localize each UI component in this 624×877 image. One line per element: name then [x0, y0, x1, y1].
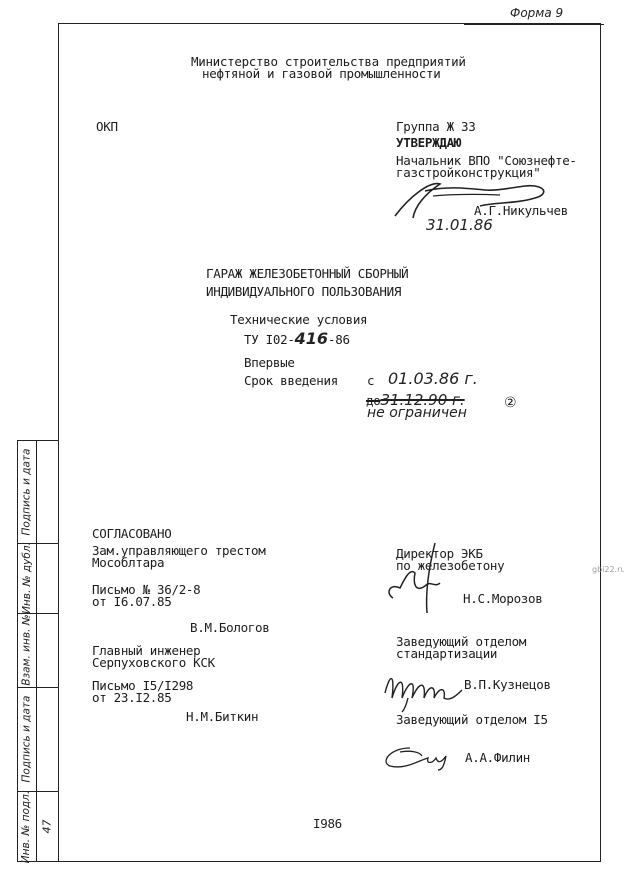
watermark: gbi22.ru — [592, 565, 624, 574]
sig-2-name: В.П.Кузнецов — [464, 679, 551, 691]
form-label: Форма 9 — [510, 6, 563, 20]
stamp-label-replace-inv: Взам. инв. № — [17, 613, 36, 687]
sig-3-name: А.А.Филин — [465, 752, 530, 764]
approved-label: УТВЕРЖДАЮ — [396, 137, 461, 149]
year: I986 — [313, 818, 342, 830]
okp-label: ОКП — [96, 121, 118, 133]
from-date: 01.03.86 г. — [388, 369, 478, 388]
from-prefix: с — [367, 375, 374, 387]
correction-mark: ② — [504, 395, 517, 411]
title-line-2: ИНДИВИДУАЛЬНОГО ПОЛЬЗОВАНИЯ — [206, 286, 401, 298]
stamp-value-orig-inv: 47 — [36, 791, 58, 862]
stamp-label-dup-inv: Инв. № дубл. — [17, 543, 36, 613]
term-label: Срок введения — [244, 375, 338, 387]
stamp-label-signature-date-2: Подпись и дата — [17, 687, 36, 791]
agreed-1-position-line-2: Мособлтара — [92, 557, 164, 569]
doc-code-number: 416 — [295, 329, 328, 348]
kuznetsov-signature — [380, 668, 465, 713]
approval-date: 31.01.86 — [426, 216, 493, 234]
group-code: Группа Ж 33 — [396, 121, 475, 133]
doc-code-prefix: ТУ I02- — [244, 332, 295, 347]
doc-code-suffix: -86 — [328, 332, 350, 347]
first-time-label: Впервые — [244, 357, 295, 369]
sig-3-position-line-1: Заведующий отделом I5 — [396, 714, 548, 726]
term-correction: не ограничен — [367, 405, 467, 421]
agreed-2-position-line-2: Серпуховского КСК — [92, 657, 215, 669]
stamp-label-orig-inv: Инв. № подл. — [17, 791, 36, 862]
agreed-2-name: Н.М.Биткин — [186, 711, 258, 723]
title-line-1: ГАРАЖ ЖЕЛЕЗОБЕТОННЫЙ СБОРНЫЙ — [206, 268, 408, 280]
ministry-line-2: нефтяной и газовой промышленности — [202, 68, 440, 80]
filin-signature — [380, 742, 460, 772]
doc-code: ТУ I02-416-86 — [244, 329, 350, 348]
morozov-signature — [385, 538, 455, 618]
agreed-heading: СОГЛАСОВАНО — [92, 528, 171, 540]
doc-type: Технические условия — [230, 314, 367, 326]
stamp-label-signature-date-1: Подпись и дата — [17, 440, 36, 543]
agreed-1-name: В.М.Бологов — [190, 622, 269, 634]
agreed-1-letter-line-2: от I6.07.85 — [92, 596, 171, 608]
document-frame — [58, 23, 601, 862]
agreed-2-letter-line-2: от 23.I2.85 — [92, 692, 171, 704]
sig-2-position-line-2: стандартизации — [396, 648, 497, 660]
sig-1-name: Н.С.Морозов — [463, 593, 542, 605]
